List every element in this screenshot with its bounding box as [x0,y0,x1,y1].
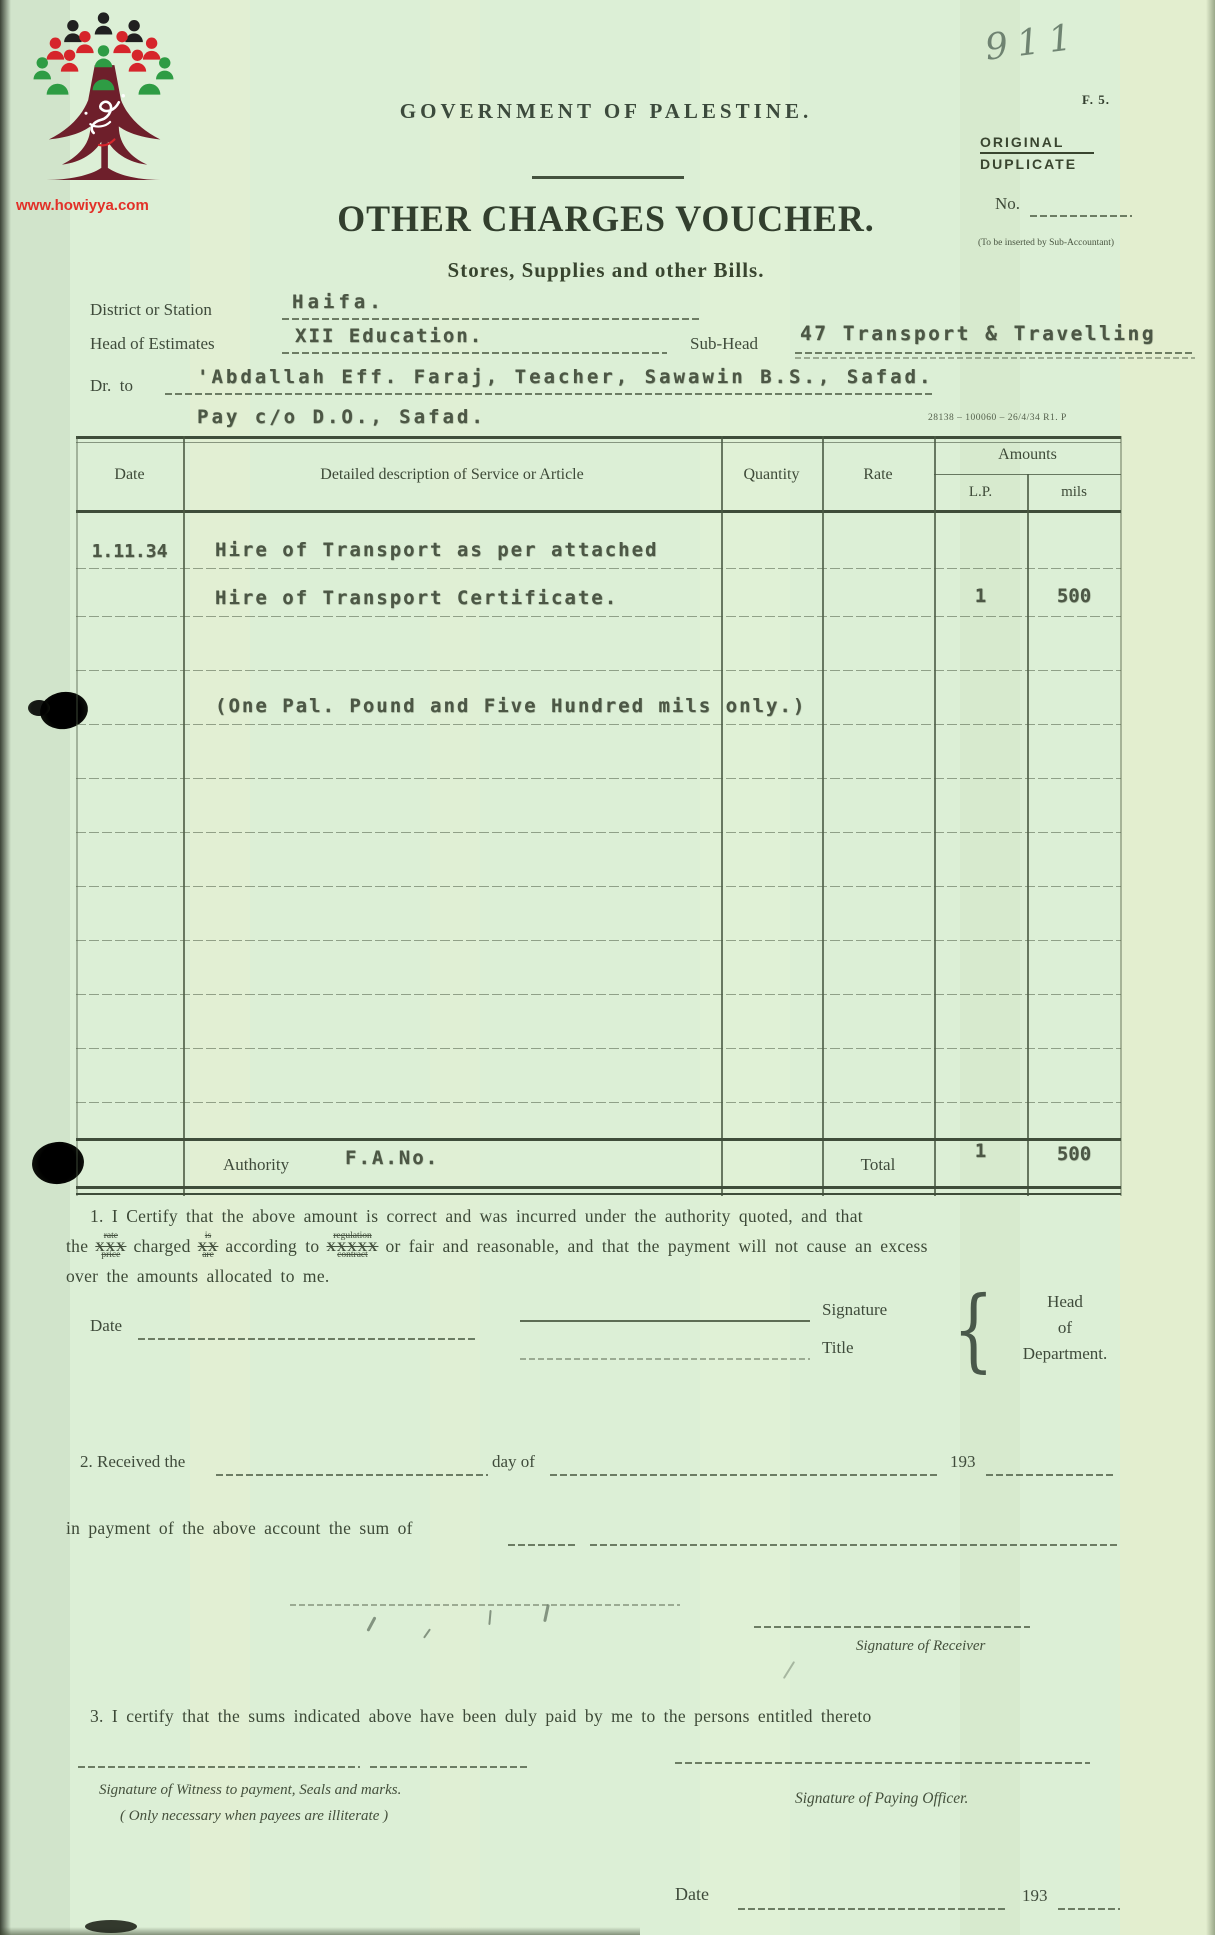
table-row-line [76,1048,1121,1049]
paper-texture [700,0,790,1935]
table-bottom-rule-2 [76,1193,1121,1195]
certification-1-line-1: 1. I Certify that the above amount is co… [90,1206,1150,1227]
pencil-mark [543,1604,549,1622]
brace: { [953,1278,994,1383]
certification-1-line-2: the rate XXX price charged is XX are acc… [66,1232,1176,1260]
voucher-number-label: No. [995,194,1020,214]
col-header-amounts: Amounts [934,446,1121,464]
signature-label: Signature [822,1300,887,1320]
struck-bottom: price [101,1251,120,1261]
district-value: Haifa. [292,291,385,313]
table-top-rule [76,436,1121,439]
handwritten-number: 911 [983,16,1083,68]
received-label: 2. Received the [80,1452,185,1472]
cert-text: the [66,1236,88,1257]
table-row-line [76,940,1121,941]
paper-texture [190,0,250,1935]
struck-bottom: are [202,1251,214,1261]
estimates-value: XII Education. [295,325,483,347]
date-line [138,1338,478,1340]
title-line [520,1358,810,1360]
col-header-quantity: Quantity [721,466,822,484]
pencil-mark [488,1610,491,1625]
estimates-label: Head of Estimates [90,334,215,354]
table-row-line [76,1102,1121,1103]
table-row-line [76,670,1121,671]
col-divider [822,436,824,1196]
head-of-department-line2: of [1000,1318,1130,1338]
cert-text: charged [133,1236,190,1257]
voucher-page: www.howiyya.com 911 GOVERNMENT OF PALEST… [0,0,1215,1935]
certification-3-text: 3. I certify that the sums indicated abo… [90,1706,1160,1727]
head-of-department-line1: Head [1000,1292,1130,1312]
people-tree-icon [16,8,191,190]
witness-line-a [78,1766,360,1768]
table-row-line [76,994,1121,995]
total-mils: 500 [1027,1143,1121,1165]
entry-date: 1.11.34 [76,541,183,562]
struck-bottom: contract [337,1251,368,1261]
title-label: Title [822,1338,854,1358]
col-divider [721,436,723,1196]
subhead-label: Sub-Head [690,334,758,354]
subhead-line [795,352,1195,354]
authority-label: Authority [223,1155,289,1175]
entry-description: Hire of Transport Certificate. [215,587,618,609]
print-reference: 28138 – 100060 – 26/4/34 R1. P [928,413,1067,423]
footer-year-line [1058,1908,1120,1910]
day-of-label: day of [492,1452,535,1472]
receiver-signature-label: Signature of Receiver [856,1638,985,1655]
copy-original-label: ORIGINAL [980,134,1110,150]
authority-value: F.A.No. [345,1147,439,1169]
col-divider [934,436,936,1196]
estimates-line [282,352,667,354]
entry-mils: 500 [1027,585,1121,607]
sum-line-2 [590,1544,1120,1546]
scan-edge-left [0,0,11,1935]
footer-date-label: Date [675,1884,709,1905]
howiyya-logo: www.howiyya.com [16,8,201,213]
paper-texture [430,0,480,1935]
table-row-line [76,724,1121,725]
subhead-value: 47 Transport & Travelling [800,322,1156,345]
copy-divider [980,152,1094,154]
col-divider [1027,474,1029,1196]
pencil-mark [423,1628,431,1638]
receiver-extra-line [290,1604,680,1606]
paying-officer-line [675,1762,1090,1764]
col-divider [183,436,185,1196]
paying-officer-label: Signature of Paying Officer. [795,1790,968,1808]
table-top-rule-thin [76,442,1121,443]
copy-selector: ORIGINAL DUPLICATE [980,134,1110,172]
struck-word-is-are: is XX are [198,1232,219,1260]
pay-care-of-value: Pay c/o D.O., Safad. [197,406,486,428]
pencil-mark [366,1616,376,1631]
entry-lp: 1 [934,585,1027,607]
total-label: Total [822,1155,934,1175]
col-header-lp: L.P. [934,484,1027,501]
col-header-description: Detailed description of Service or Artic… [183,466,721,484]
cert-text: or fair and reasonable, and that the pay… [385,1236,927,1257]
col-header-date: Date [76,466,183,484]
table-border-right [1120,436,1122,1196]
copy-duplicate-label: DUPLICATE [980,156,1110,172]
total-lp: 1 [934,1140,1027,1162]
paper-texture [1120,0,1215,1935]
received-day-line [216,1474,488,1476]
logo-people [34,12,174,94]
table-row-line [76,568,1121,569]
entry-description: Hire of Transport as per attached [215,539,659,561]
footer-date-line [738,1908,1006,1910]
signature-line [520,1320,810,1322]
watermark-url: www.howiyya.com [16,197,201,214]
witness-note: ( Only necessary when payees are illiter… [120,1808,388,1825]
table-row-line [76,616,1121,617]
punch-hole [28,700,50,716]
scan-edge-right [1206,0,1215,1935]
punch-hole [30,1139,86,1186]
debtor-label: Dr. to [90,376,133,396]
year-label: 193 [950,1452,976,1472]
voucher-number-note: (To be inserted by Sub-Accountant) [978,238,1128,249]
year-line [986,1474,1116,1476]
paper-texture [0,0,70,1935]
month-line [550,1474,940,1476]
header-rule [532,176,684,179]
sum-line-1 [508,1544,578,1546]
in-payment-label: in payment of the above account the sum … [66,1518,413,1539]
district-label: District or Station [90,300,212,320]
debtor-value: 'Abdallah Eff. Faraj, Teacher, Sawawin B… [197,366,933,388]
struck-word-rate-price: rate XXX price [95,1232,126,1260]
government-heading: GOVERNMENT OF PALESTINE. [256,99,956,124]
col-header-mils: mils [1027,484,1121,501]
debtor-line [165,393,933,395]
table-row-line [76,778,1121,779]
table-row-line [76,886,1121,887]
date-label: Date [90,1316,122,1336]
table-row-line [76,832,1121,833]
receiver-signature-line [754,1626,1030,1628]
col-header-rate: Rate [822,466,934,484]
witness-line-b [370,1766,530,1768]
page-subtitle: Stores, Supplies and other Bills. [256,258,956,283]
voucher-number-line [1030,215,1132,217]
form-code: F. 5. [1082,92,1110,108]
subhead-line-2 [795,357,1195,359]
pencil-mark [783,1661,795,1679]
certification-1-line-3: over the amounts allocated to me. [66,1266,330,1287]
page-title: OTHER CHARGES VOUCHER. [267,198,946,241]
table-bottom-rule-1 [76,1186,1121,1189]
struck-word-regulation-contract: regulation XXXXX contract [327,1232,379,1260]
footer-year-label: 193 [1022,1886,1048,1906]
entry-amount-in-words: (One Pal. Pound and Five Hundred mils on… [215,695,806,717]
witness-label: Signature of Witness to payment, Seals a… [99,1782,401,1799]
table-header-bottom-rule [76,510,1121,513]
head-of-department-line3: Department. [1000,1344,1130,1364]
district-line [282,318,702,320]
scan-smudge [85,1920,137,1933]
cert-text: according to [225,1236,319,1257]
